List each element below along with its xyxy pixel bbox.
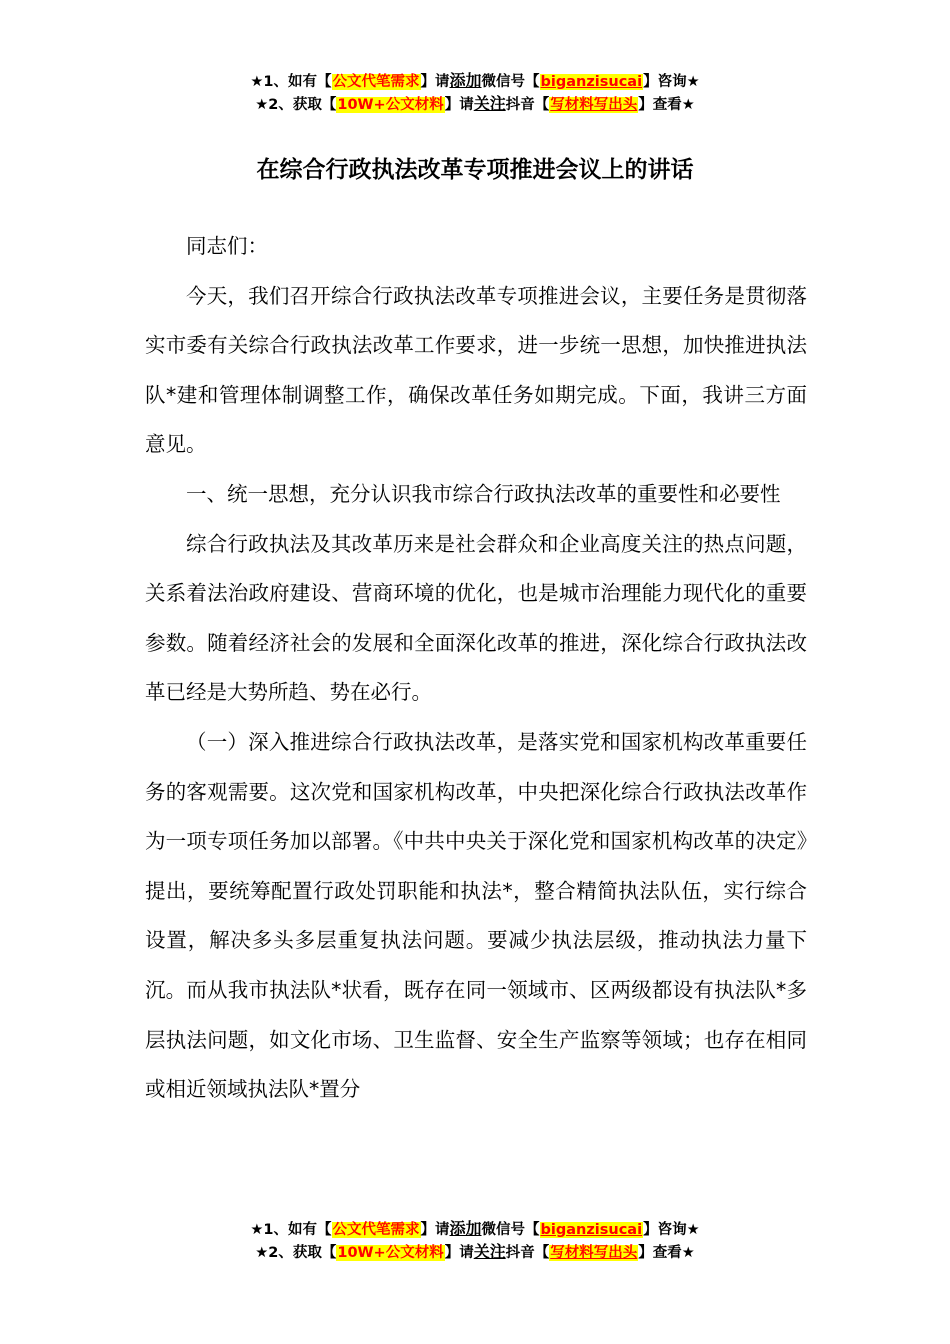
promo-emphasis-follow: 关注 (474, 1242, 506, 1261)
promo-text: 】请 (445, 1245, 474, 1261)
header-promo-banner: ★1、如有【公文代笔需求】请添加微信号【biganzisucai】咨询★ ★2、… (0, 70, 950, 116)
promo-line-1: ★1、如有【公文代笔需求】请添加微信号【biganzisucai】咨询★ (0, 1218, 950, 1241)
promo-line-2: ★2、获取【10W+公文材料】请关注抖音【写材料写出头】查看★ (0, 1241, 950, 1264)
promo-highlight-writing-service: 公文代笔需求 (332, 74, 421, 90)
body-paragraph: 综合行政执法及其改革历来是社会群众和企业高度关注的热点问题，关系着法治政府建设、… (145, 520, 807, 718)
document-body: 同志们： 今天，我们召开综合行政执法改革专项推进会议，主要任务是贯彻落实市委有关… (145, 222, 807, 1115)
promo-text: ★1、如有【 (250, 1222, 331, 1238)
promo-text: 】查看★ (638, 1245, 695, 1261)
promo-highlight-douyin-account: 写材料写出头 (549, 97, 638, 113)
promo-text: 】请 (421, 74, 450, 90)
document-title: 在综合行政执法改革专项推进会议上的讲话 (0, 152, 950, 188)
promo-highlight-writing-service: 公文代笔需求 (332, 1222, 421, 1238)
promo-text: 】请 (421, 1222, 450, 1238)
promo-emphasis-add: 添加 (450, 71, 482, 90)
promo-text: 微信号【 (482, 74, 540, 90)
promo-emphasis-follow: 关注 (474, 94, 506, 113)
section-heading: 一、统一思想，充分认识我市综合行政执法改革的重要性和必要性 (145, 470, 807, 520)
promo-text: 】请 (445, 97, 474, 113)
promo-text: ★2、获取【 (255, 97, 336, 113)
promo-highlight-douyin-account: 写材料写出头 (549, 1245, 638, 1261)
body-paragraph: 今天，我们召开综合行政执法改革专项推进会议，主要任务是贯彻落实市委有关综合行政执… (145, 272, 807, 470)
promo-highlight-materials: 10W+公文材料 (336, 97, 444, 113)
salutation: 同志们： (145, 222, 807, 272)
promo-line-1: ★1、如有【公文代笔需求】请添加微信号【biganzisucai】咨询★ (0, 70, 950, 93)
promo-text: 微信号【 (482, 1222, 540, 1238)
body-paragraph: （一）深入推进综合行政执法改革，是落实党和国家机构改革重要任务的客观需要。这次党… (145, 718, 807, 1115)
promo-line-2: ★2、获取【10W+公文材料】请关注抖音【写材料写出头】查看★ (0, 93, 950, 116)
promo-text: 抖音【 (506, 1245, 550, 1261)
promo-highlight-materials: 10W+公文材料 (336, 1245, 444, 1261)
promo-text: 抖音【 (506, 97, 550, 113)
promo-text: 】咨询★ (643, 1222, 700, 1238)
footer-promo-banner: ★1、如有【公文代笔需求】请添加微信号【biganzisucai】咨询★ ★2、… (0, 1218, 950, 1264)
promo-emphasis-add: 添加 (450, 1219, 482, 1238)
promo-text: 】咨询★ (643, 74, 700, 90)
promo-highlight-wechat-id: biganzisucai (540, 1222, 644, 1238)
promo-text: ★1、如有【 (250, 74, 331, 90)
promo-text: 】查看★ (638, 97, 695, 113)
promo-text: ★2、获取【 (255, 1245, 336, 1261)
promo-highlight-wechat-id: biganzisucai (540, 74, 644, 90)
